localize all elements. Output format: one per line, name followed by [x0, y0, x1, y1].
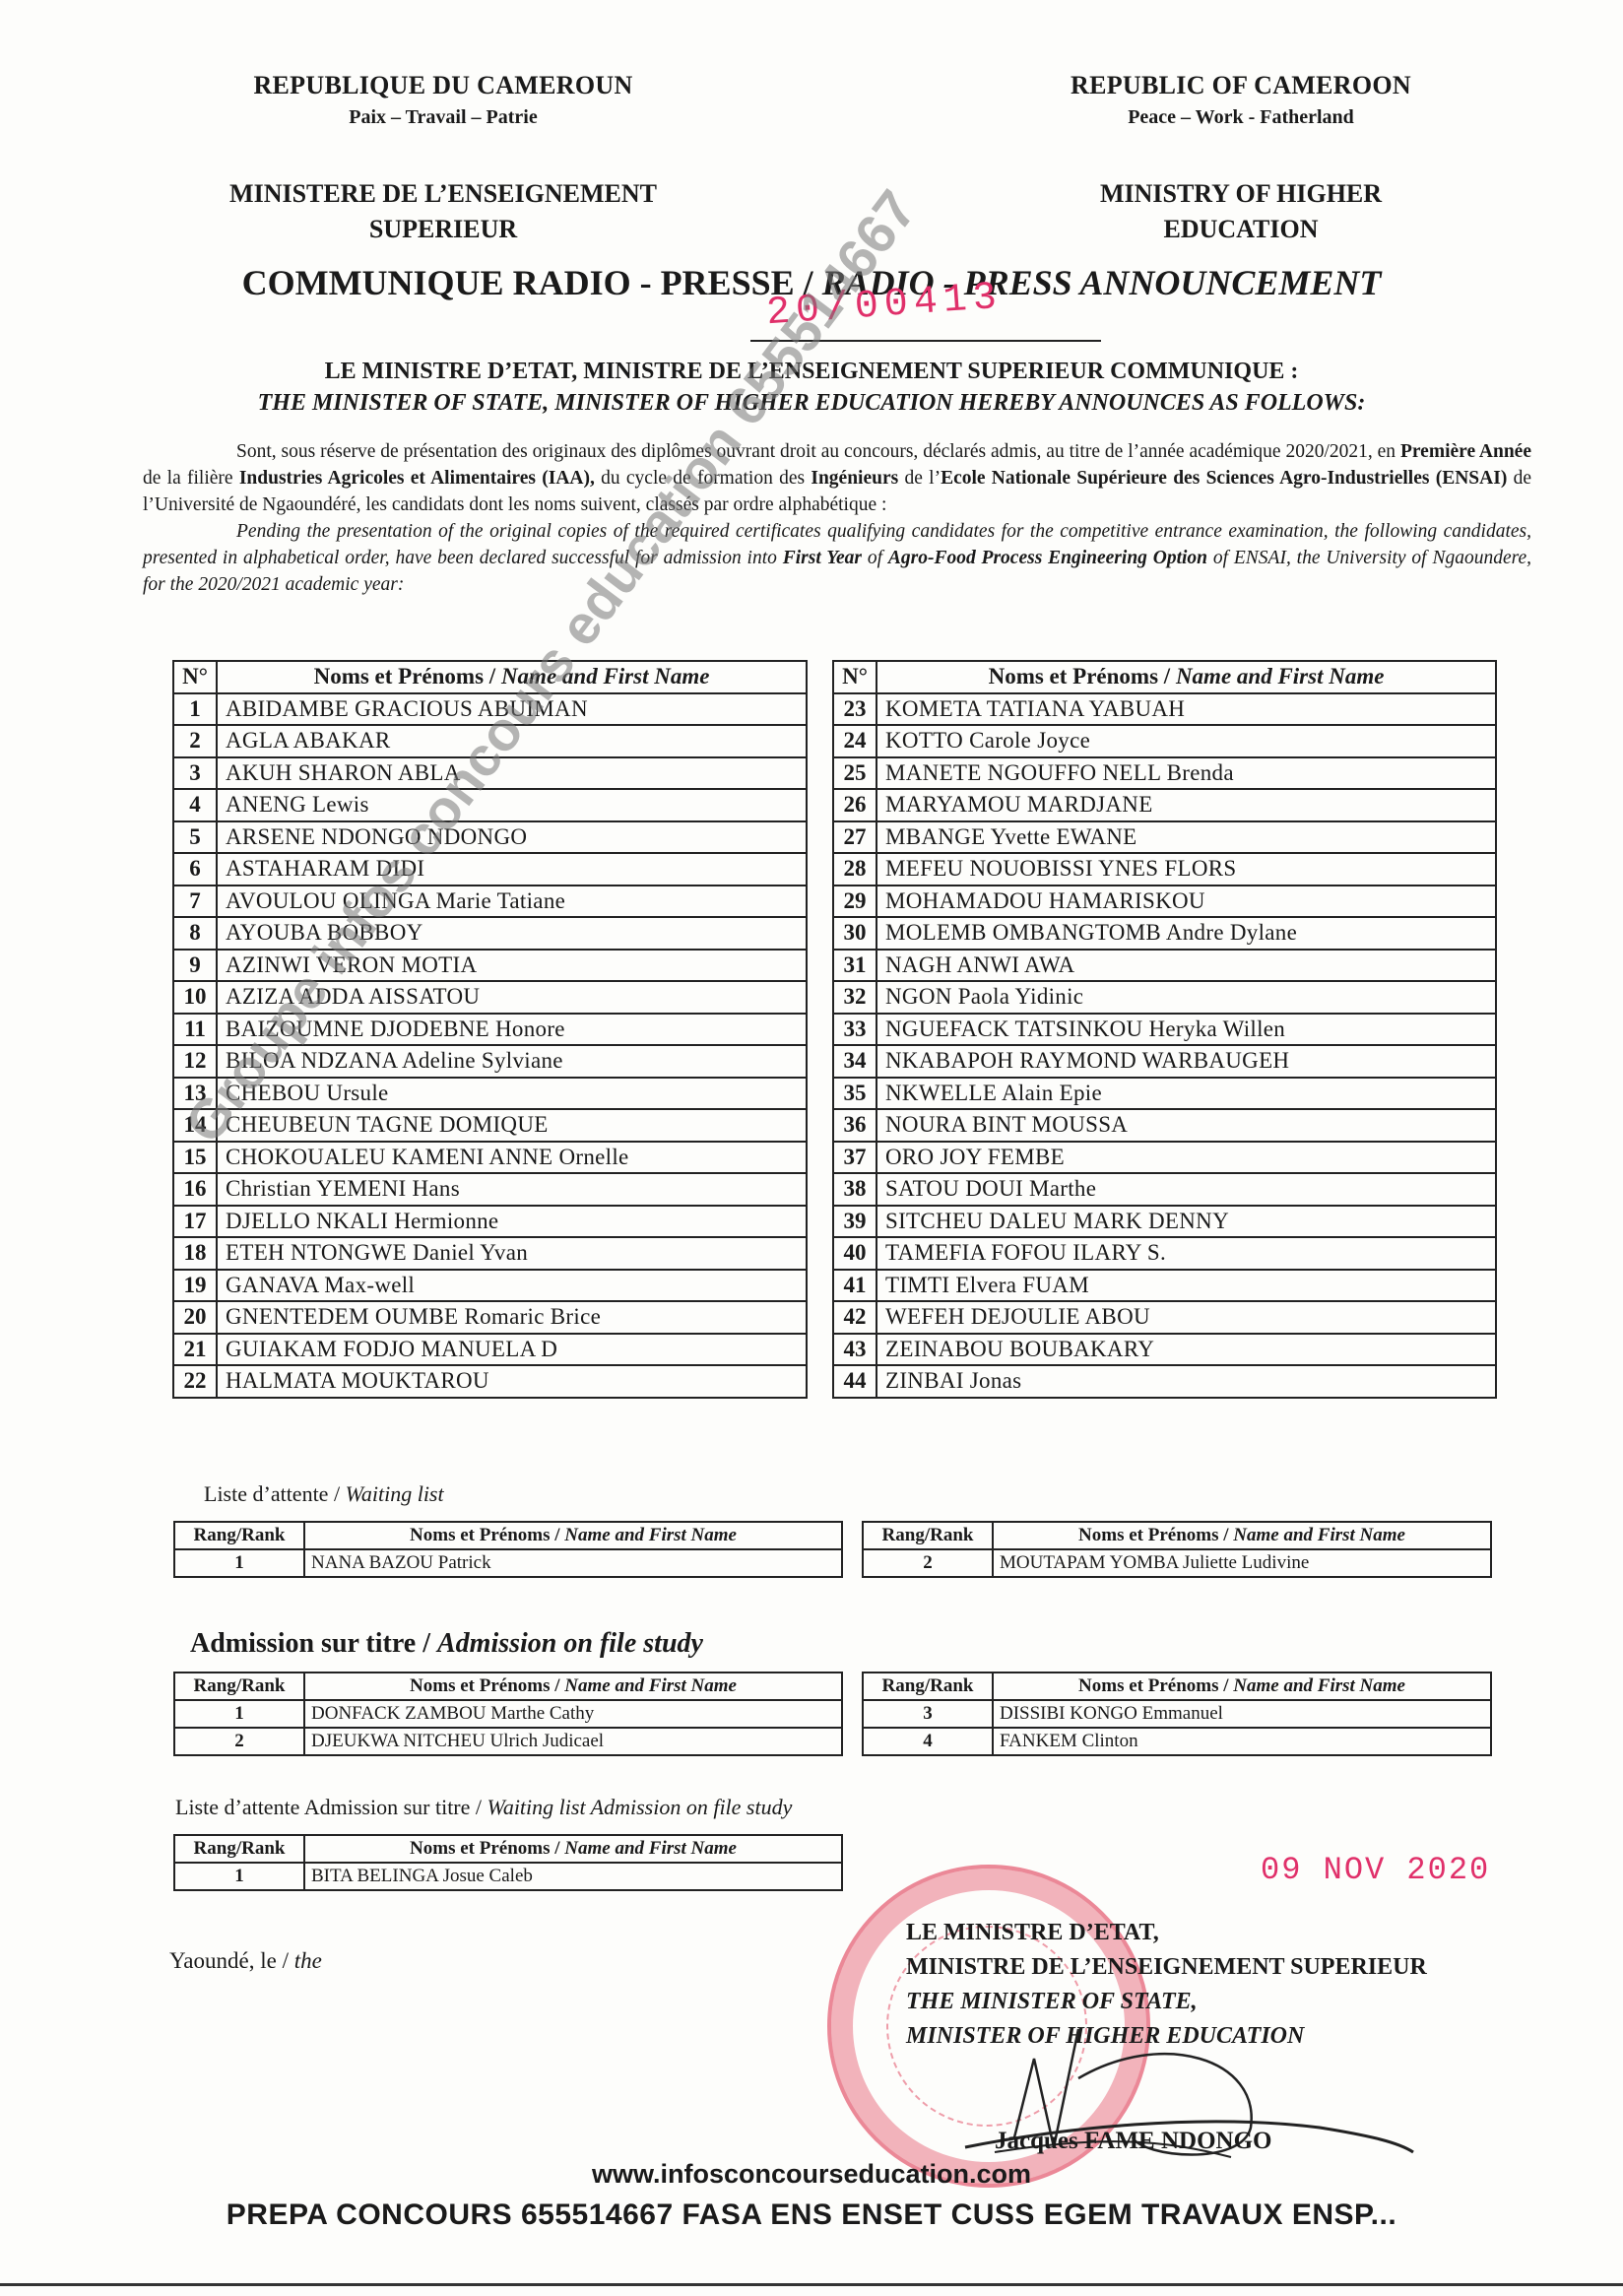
candidate-number: 7: [173, 886, 217, 918]
candidate-name: WEFEH DEJOULIE ABOU: [876, 1301, 1496, 1334]
table-row: 43ZEINABOU BOUBAKARY: [833, 1334, 1496, 1366]
signatory-title-fr-2: MINISTRE DE L’ENSEIGNEMENT SUPERIEUR: [906, 1950, 1427, 1985]
header-left: REPUBLIQUE DU CAMEROUN Paix – Travail – …: [138, 71, 748, 247]
candidate-name: MARYAMOU MARDJANE: [876, 789, 1496, 821]
table-row: 10AZIZA ADDA AISSATOU: [173, 981, 807, 1014]
table-row: 31NAGH ANWI AWA: [833, 950, 1496, 982]
candidate-name: GUIAKAM FODJO MANUELA D: [217, 1334, 807, 1366]
candidate-name: GNENTEDEM OUMBE Romaric Brice: [217, 1301, 807, 1334]
header-right: REPUBLIC OF CAMEROON Peace – Work - Fath…: [985, 71, 1497, 247]
candidate-rank: 4: [863, 1728, 993, 1755]
table-row: 37ORO JOY FEMBE: [833, 1142, 1496, 1174]
candidate-name: ETEH NTONGWE Daniel Yvan: [217, 1237, 807, 1270]
candidate-name: NGUEFACK TATSINKOU Heryka Willen: [876, 1014, 1496, 1046]
table-row: 9AZINWI VERON MOTIA: [173, 950, 807, 982]
table-row: 25MANETE NGOUFFO NELL Brenda: [833, 757, 1496, 790]
candidate-name: NKABAPOH RAYMOND WARBAUGEH: [876, 1045, 1496, 1078]
candidate-number: 43: [833, 1334, 876, 1366]
ministry-fr-line2: SUPERIEUR: [138, 212, 748, 247]
candidate-name: AZIZA ADDA AISSATOU: [217, 981, 807, 1014]
table-row: 15CHOKOUALEU KAMENI ANNE Ornelle: [173, 1142, 807, 1174]
table-row: 1NANA BAZOU Patrick: [174, 1549, 842, 1577]
candidate-number: 10: [173, 981, 217, 1014]
country-fr: REPUBLIQUE DU CAMEROUN: [138, 71, 748, 100]
table-row: 2DJEUKWA NITCHEU Ulrich Judicael: [174, 1728, 842, 1755]
col-name: Noms et Prénoms / Name and First Name: [876, 661, 1496, 693]
candidate-name: MEFEU NOUOBISSI YNES FLORS: [876, 853, 1496, 886]
table-row: 16Christian YEMENI Hans: [173, 1173, 807, 1206]
candidate-number: 27: [833, 821, 876, 854]
table-row: 5ARSENE NDONGO NDONGO: [173, 821, 807, 854]
table-row: 2MOUTAPAM YOMBA Juliette Ludivine: [863, 1549, 1491, 1577]
candidate-name: BILOA NDZANA Adeline Sylviane: [217, 1045, 807, 1078]
candidate-name: FANKEM Clinton: [993, 1728, 1491, 1755]
motto-fr: Paix – Travail – Patrie: [138, 106, 748, 129]
candidate-number: 41: [833, 1270, 876, 1302]
candidate-name: MANETE NGOUFFO NELL Brenda: [876, 757, 1496, 790]
signatory-name: Jacques FAME NDONGO: [995, 2128, 1271, 2155]
table-row: 40TAMEFIA FOFOU ILARY S.: [833, 1237, 1496, 1270]
candidate-name: NGON Paola Yidinic: [876, 981, 1496, 1014]
intro-en: Pending the presentation of the original…: [143, 518, 1531, 598]
reference-underline: [750, 340, 1101, 342]
table-header: N° Noms et Prénoms / Name and First Name: [833, 661, 1496, 693]
file-study-table-right: Rang/Rank Noms et Prénoms / Name and Fir…: [862, 1672, 1492, 1756]
candidate-number: 5: [173, 821, 217, 854]
table-row: 30MOLEMB OMBANGTOMB Andre Dylane: [833, 917, 1496, 950]
candidate-number: 31: [833, 950, 876, 982]
waiting-list-table-left: Rang/Rank Noms et Prénoms / Name and Fir…: [173, 1521, 843, 1578]
candidate-number: 17: [173, 1206, 217, 1238]
candidate-number: 24: [833, 725, 876, 757]
candidate-name: ARSENE NDONGO NDONGO: [217, 821, 807, 854]
announcement-en: THE MINISTER OF STATE, MINISTER OF HIGHE…: [0, 390, 1623, 417]
file-study-waiting-label: Liste d’attente Admission sur titre / Wa…: [175, 1795, 792, 1820]
candidate-name: TAMEFIA FOFOU ILARY S.: [876, 1237, 1496, 1270]
intro-fr: Sont, sous réserve de présentation des o…: [143, 438, 1531, 518]
candidate-name: DJELLO NKALI Hermionne: [217, 1206, 807, 1238]
title-fr: COMMUNIQUE RADIO - PRESSE /: [242, 263, 822, 302]
file-study-table-left: Rang/Rank Noms et Prénoms / Name and Fir…: [173, 1672, 843, 1756]
candidate-rank: 3: [863, 1700, 993, 1728]
candidate-name: NKWELLE Alain Epie: [876, 1078, 1496, 1110]
candidate-name: CHEUBEUN TAGNE DOMIQUE: [217, 1109, 807, 1142]
table-row: 41TIMTI Elvera FUAM: [833, 1270, 1496, 1302]
candidate-number: 28: [833, 853, 876, 886]
table-row: 3AKUH SHARON ABLA: [173, 757, 807, 790]
table-row: 26MARYAMOU MARDJANE: [833, 789, 1496, 821]
candidate-name: GANAVA Max-well: [217, 1270, 807, 1302]
table-row: 24KOTTO Carole Joyce: [833, 725, 1496, 757]
candidate-rank: 2: [863, 1549, 993, 1577]
table-row: 34NKABAPOH RAYMOND WARBAUGEH: [833, 1045, 1496, 1078]
candidate-number: 37: [833, 1142, 876, 1174]
candidate-name: AYOUBA BOBBOY: [217, 917, 807, 950]
candidate-name: NOURA BINT MOUSSA: [876, 1109, 1496, 1142]
candidate-number: 14: [173, 1109, 217, 1142]
ministry-en-line1: MINISTRY OF HIGHER: [985, 176, 1497, 212]
candidate-name: DONFACK ZAMBOU Marthe Cathy: [304, 1700, 842, 1728]
candidate-name: AZINWI VERON MOTIA: [217, 950, 807, 982]
table-row: 44ZINBAI Jonas: [833, 1365, 1496, 1398]
table-row: 1ABIDAMBE GRACIOUS ABUIMAN: [173, 693, 807, 726]
candidate-number: 39: [833, 1206, 876, 1238]
candidate-name: ANENG Lewis: [217, 789, 807, 821]
candidate-name: Christian YEMENI Hans: [217, 1173, 807, 1206]
table-row: 28MEFEU NOUOBISSI YNES FLORS: [833, 853, 1496, 886]
table-header: Rang/Rank Noms et Prénoms / Name and Fir…: [863, 1522, 1491, 1549]
table-row: 36NOURA BINT MOUSSA: [833, 1109, 1496, 1142]
footer-promo: PREPA CONCOURS 655514667 FASA ENS ENSET …: [0, 2198, 1623, 2232]
candidate-name: BAIZOUMNE DJODEBNE Honore: [217, 1014, 807, 1046]
signatory-title-en-1: THE MINISTER OF STATE,: [906, 1985, 1427, 2019]
table-header: N° Noms et Prénoms / Name and First Name: [173, 661, 807, 693]
candidate-number: 23: [833, 693, 876, 726]
candidate-number: 33: [833, 1014, 876, 1046]
candidate-number: 40: [833, 1237, 876, 1270]
candidate-name: ASTAHARAM DIDI: [217, 853, 807, 886]
candidate-name: AKUH SHARON ABLA: [217, 757, 807, 790]
table-row: 8AYOUBA BOBBOY: [173, 917, 807, 950]
waiting-list-label: Liste d’attente / Waiting list: [204, 1481, 444, 1507]
col-name: Noms et Prénoms / Name and First Name: [217, 661, 807, 693]
table-row: 27MBANGE Yvette EWANE: [833, 821, 1496, 854]
ministry-en-line2: EDUCATION: [985, 212, 1497, 247]
candidate-name: TIMTI Elvera FUAM: [876, 1270, 1496, 1302]
candidate-number: 36: [833, 1109, 876, 1142]
table-row: 18ETEH NTONGWE Daniel Yvan: [173, 1237, 807, 1270]
candidate-number: 44: [833, 1365, 876, 1398]
table-header: Rang/Rank Noms et Prénoms / Name and Fir…: [174, 1522, 842, 1549]
col-no: N°: [173, 661, 217, 693]
candidate-name: MBANGE Yvette EWANE: [876, 821, 1496, 854]
candidate-number: 35: [833, 1078, 876, 1110]
candidate-number: 42: [833, 1301, 876, 1334]
table-row: 29MOHAMADOU HAMARISKOU: [833, 886, 1496, 918]
candidate-number: 25: [833, 757, 876, 790]
candidate-number: 1: [173, 693, 217, 726]
candidate-number: 21: [173, 1334, 217, 1366]
candidate-name: AVOULOU OLINGA Marie Tatiane: [217, 886, 807, 918]
table-row: 39SITCHEU DALEU MARK DENNY: [833, 1206, 1496, 1238]
candidate-number: 22: [173, 1365, 217, 1398]
candidate-number: 18: [173, 1237, 217, 1270]
candidate-number: 19: [173, 1270, 217, 1302]
candidate-name: ZEINABOU BOUBAKARY: [876, 1334, 1496, 1366]
waiting-list-table-right: Rang/Rank Noms et Prénoms / Name and Fir…: [862, 1521, 1492, 1578]
candidate-name: DISSIBI KONGO Emmanuel: [993, 1700, 1491, 1728]
table-row: 22HALMATA MOUKTAROU: [173, 1365, 807, 1398]
candidate-number: 34: [833, 1045, 876, 1078]
table-row: 6ASTAHARAM DIDI: [173, 853, 807, 886]
candidate-number: 32: [833, 981, 876, 1014]
candidate-number: 20: [173, 1301, 217, 1334]
candidate-rank: 1: [174, 1863, 304, 1890]
announcement-fr: LE MINISTRE D’ETAT, MINISTRE DE L’ENSEIG…: [0, 359, 1623, 385]
table-row: 33NGUEFACK TATSINKOU Heryka Willen: [833, 1014, 1496, 1046]
candidate-name: SITCHEU DALEU MARK DENNY: [876, 1206, 1496, 1238]
table-row: 38SATOU DOUI Marthe: [833, 1173, 1496, 1206]
candidate-name: CHEBOU Ursule: [217, 1078, 807, 1110]
intro-paragraphs: Sont, sous réserve de présentation des o…: [143, 438, 1531, 598]
candidate-name: HALMATA MOUKTAROU: [217, 1365, 807, 1398]
table-row: 2AGLA ABAKAR: [173, 725, 807, 757]
table-row: 23KOMETA TATIANA YABUAH: [833, 693, 1496, 726]
table-row: 20GNENTEDEM OUMBE Romaric Brice: [173, 1301, 807, 1334]
candidate-name: AGLA ABAKAR: [217, 725, 807, 757]
candidate-name: ABIDAMBE GRACIOUS ABUIMAN: [217, 693, 807, 726]
place-date-line: Yaoundé, le / the: [169, 1948, 322, 1974]
candidate-rank: 2: [174, 1728, 304, 1755]
candidate-number: 16: [173, 1173, 217, 1206]
candidate-number: 3: [173, 757, 217, 790]
candidate-number: 12: [173, 1045, 217, 1078]
table-row: 11BAIZOUMNE DJODEBNE Honore: [173, 1014, 807, 1046]
candidate-number: 6: [173, 853, 217, 886]
table-row: 42WEFEH DEJOULIE ABOU: [833, 1301, 1496, 1334]
table-row: 1BITA BELINGA Josue Caleb: [174, 1863, 842, 1890]
country-en: REPUBLIC OF CAMEROON: [985, 71, 1497, 100]
candidate-name: MOUTAPAM YOMBA Juliette Ludivine: [993, 1549, 1491, 1577]
candidate-name: KOMETA TATIANA YABUAH: [876, 693, 1496, 726]
table-header: Rang/Rank Noms et Prénoms / Name and Fir…: [174, 1673, 842, 1700]
candidate-number: 2: [173, 725, 217, 757]
candidate-number: 15: [173, 1142, 217, 1174]
candidate-name: ZINBAI Jonas: [876, 1365, 1496, 1398]
candidate-name: BITA BELINGA Josue Caleb: [304, 1863, 842, 1890]
candidate-number: 4: [173, 789, 217, 821]
candidate-number: 30: [833, 917, 876, 950]
table-row: 19GANAVA Max-well: [173, 1270, 807, 1302]
table-row: 4ANENG Lewis: [173, 789, 807, 821]
file-study-heading: Admission sur titre / Admission on file …: [190, 1628, 703, 1660]
candidate-number: 9: [173, 950, 217, 982]
table-row: 1DONFACK ZAMBOU Marthe Cathy: [174, 1700, 842, 1728]
table-row: 32NGON Paola Yidinic: [833, 981, 1496, 1014]
table-header: Rang/Rank Noms et Prénoms / Name and Fir…: [174, 1835, 842, 1863]
table-row: 12BILOA NDZANA Adeline Sylviane: [173, 1045, 807, 1078]
candidate-rank: 1: [174, 1700, 304, 1728]
table-row: 4FANKEM Clinton: [863, 1728, 1491, 1755]
admitted-table-left: N° Noms et Prénoms / Name and First Name…: [172, 660, 808, 1399]
candidate-number: 38: [833, 1173, 876, 1206]
date-stamp: 09 NOV 2020: [1261, 1852, 1490, 1888]
motto-en: Peace – Work - Fatherland: [985, 106, 1497, 129]
candidate-number: 13: [173, 1078, 217, 1110]
candidate-name: MOHAMADOU HAMARISKOU: [876, 886, 1496, 918]
table-row: 17DJELLO NKALI Hermionne: [173, 1206, 807, 1238]
admitted-table-right: N° Noms et Prénoms / Name and First Name…: [832, 660, 1497, 1399]
file-study-waiting-table: Rang/Rank Noms et Prénoms / Name and Fir…: [173, 1834, 843, 1891]
signatory-title-fr-1: LE MINISTRE D’ETAT,: [906, 1916, 1427, 1950]
candidate-number: 11: [173, 1014, 217, 1046]
candidate-name: SATOU DOUI Marthe: [876, 1173, 1496, 1206]
footer-website: www.infosconcourseducation.com: [0, 2159, 1623, 2190]
candidate-rank: 1: [174, 1549, 304, 1577]
candidate-name: NAGH ANWI AWA: [876, 950, 1496, 982]
candidate-name: ORO JOY FEMBE: [876, 1142, 1496, 1174]
table-row: 3DISSIBI KONGO Emmanuel: [863, 1700, 1491, 1728]
table-row: 14CHEUBEUN TAGNE DOMIQUE: [173, 1109, 807, 1142]
table-row: 35NKWELLE Alain Epie: [833, 1078, 1496, 1110]
table-row: 13CHEBOU Ursule: [173, 1078, 807, 1110]
table-header: Rang/Rank Noms et Prénoms / Name and Fir…: [863, 1673, 1491, 1700]
candidate-name: MOLEMB OMBANGTOMB Andre Dylane: [876, 917, 1496, 950]
candidate-name: CHOKOUALEU KAMENI ANNE Ornelle: [217, 1142, 807, 1174]
candidate-name: NANA BAZOU Patrick: [304, 1549, 842, 1577]
col-no: N°: [833, 661, 876, 693]
table-row: 7AVOULOU OLINGA Marie Tatiane: [173, 886, 807, 918]
ministry-fr-line1: MINISTERE DE L’ENSEIGNEMENT: [138, 176, 748, 212]
candidate-name: DJEUKWA NITCHEU Ulrich Judicael: [304, 1728, 842, 1755]
candidate-number: 26: [833, 789, 876, 821]
candidate-number: 8: [173, 917, 217, 950]
table-row: 21GUIAKAM FODJO MANUELA D: [173, 1334, 807, 1366]
candidate-number: 29: [833, 886, 876, 918]
page-bottom-edge: [0, 2283, 1623, 2286]
candidate-name: KOTTO Carole Joyce: [876, 725, 1496, 757]
